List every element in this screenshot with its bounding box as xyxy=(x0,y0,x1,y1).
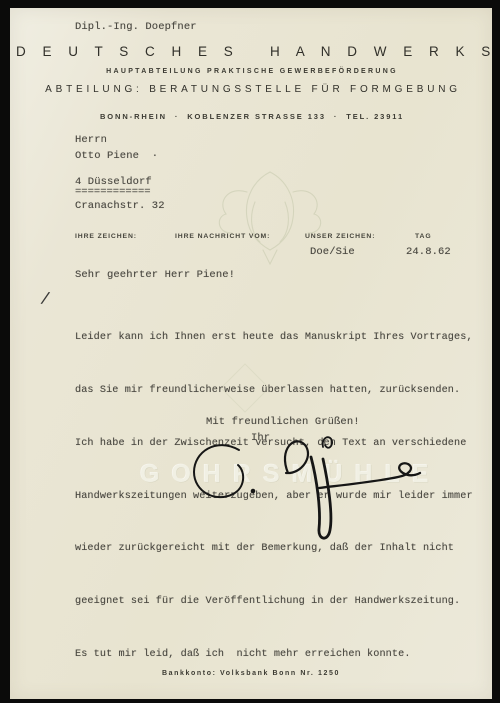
typed-sender-name: Dipl.-Ing. Doepfner xyxy=(75,21,197,33)
recipient-name: Otto Piene · xyxy=(75,150,158,162)
ref-label-ihre-zeichen: IHRE ZEICHEN: xyxy=(75,233,137,240)
recipient-city-underline: ============ xyxy=(75,186,151,198)
ref-label-tag: TAG xyxy=(415,233,432,240)
letter-paper: Dipl.-Ing. Doepfner D E U T S C H E S H … xyxy=(10,8,492,699)
ref-label-unser-zeichen: UNSER ZEICHEN: xyxy=(305,233,375,240)
recipient-salutation: Herrn xyxy=(75,134,107,146)
body-line: Es tut mir leid, daß ich nicht mehr erre… xyxy=(75,646,473,664)
recipient-street: Cranachstr. 32 xyxy=(75,200,165,212)
letterhead-address-line: BONN-RHEIN · KOBLENZER STRASSE 133 · TEL… xyxy=(10,112,492,121)
ref-label-ihre-nachricht: IHRE NACHRICHT VOM: xyxy=(175,233,270,240)
scanned-letter-page: { "letterhead": { "typed_name": "Dipl.-I… xyxy=(0,0,500,703)
body-line: Leider kann ich Ihnen erst heute das Man… xyxy=(75,329,473,347)
letterhead-institute: D E U T S C H E S H A N D W E R K S - I … xyxy=(10,44,492,59)
letterhead-department: ABTEILUNG: BERATUNGSSTELLE FÜR FORMGEBUN… xyxy=(10,84,492,95)
body-line: das Sie mir freundlicherweise überlassen… xyxy=(75,382,473,400)
letterhead-subdepartment: HAUPTABTEILUNG PRAKTISCHE GEWERBEFÖRDERU… xyxy=(10,68,492,75)
letter-salutation: Sehr geehrter Herr Piene! xyxy=(75,269,235,281)
margin-slash-mark: / xyxy=(39,291,51,311)
ref-value-date: 24.8.62 xyxy=(406,246,451,258)
body-line: geeignet sei für die Veröffentlichung in… xyxy=(75,593,473,611)
closing-line: Mit freundlichen Grüßen! xyxy=(206,416,360,428)
footer-bank-line: Bankkonto: Volksbank Bonn Nr. 1250 xyxy=(10,670,492,677)
signature-icon xyxy=(182,432,434,544)
ref-value-unser-zeichen: Doe/Sie xyxy=(310,246,355,258)
recipient-address-block: Herrn Otto Piene · 4 Düsseldorf ========… xyxy=(75,134,275,218)
